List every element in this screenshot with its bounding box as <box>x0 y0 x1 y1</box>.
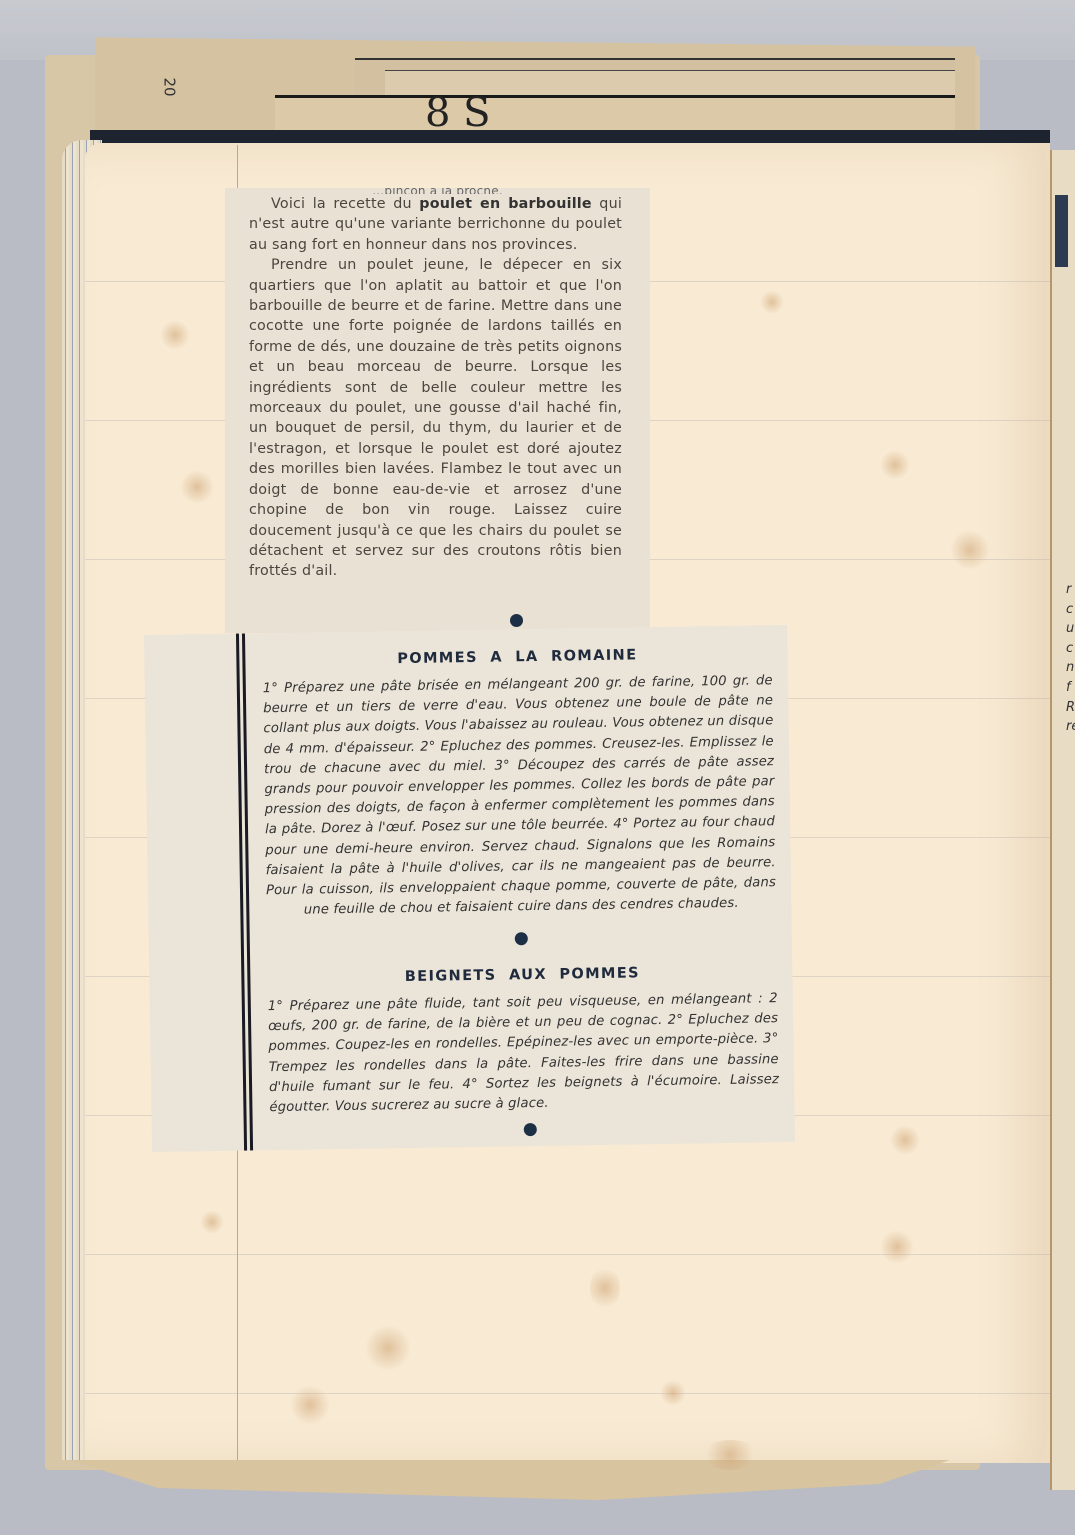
newspaper-clipping-apple-recipes: POMMES A LA ROMAINE 1° Préparez une pâte… <box>144 625 795 1152</box>
bullet-separator <box>510 614 523 627</box>
recipe-body: 1° Préparez une pâte fluide, tant soit p… <box>268 989 780 1118</box>
foxing-stain <box>880 450 910 480</box>
foxing-stain <box>700 1440 760 1470</box>
recipe-pommes-a-la-romaine: POMMES A LA ROMAINE 1° Préparez une pâte… <box>262 645 776 921</box>
facing-page-tab <box>1055 195 1068 267</box>
recipe-title: BEIGNETS AUX POMMES <box>267 963 777 987</box>
clipping-body-paragraph: Prendre un poulet jeune, le dépecer en s… <box>225 255 650 582</box>
foxing-stain <box>290 1385 330 1425</box>
facing-page-text-fragment: rcucnfRre <box>1066 580 1075 737</box>
foxing-stain <box>880 1230 914 1264</box>
clipping-intro-paragraph: Voici la recette du poulet en barbouille… <box>225 194 650 255</box>
recipe-body: 1° Préparez une pâte brisée en mélangean… <box>263 671 777 921</box>
recipe-name-bold: poulet en barbouille <box>419 196 592 212</box>
foxing-stain <box>660 1380 686 1406</box>
recipe-title: POMMES A LA ROMAINE <box>262 645 772 669</box>
foxing-stain <box>890 1125 920 1155</box>
bullet-separator <box>524 1123 537 1136</box>
newspaper-clipping-poulet-en-barbouille: …bincon à la broche. Voici la recette du… <box>225 188 650 633</box>
facing-page-edge <box>1050 150 1075 1490</box>
foxing-stain <box>180 470 214 504</box>
foxing-stain <box>200 1210 224 1234</box>
foxing-stain <box>760 290 784 314</box>
bullet-separator <box>515 932 528 945</box>
foxing-stain <box>160 320 190 350</box>
recipe-beignets-aux-pommes: BEIGNETS AUX POMMES 1° Préparez une pâte… <box>267 963 779 1118</box>
binding-shadow <box>90 130 1050 144</box>
double-rule-border <box>236 633 253 1150</box>
page-number: 20 <box>161 77 179 96</box>
foxing-stain <box>590 1265 620 1311</box>
foxing-stain <box>950 530 990 570</box>
foxing-stain <box>365 1325 411 1371</box>
bottom-folded-sheet <box>70 1460 950 1500</box>
